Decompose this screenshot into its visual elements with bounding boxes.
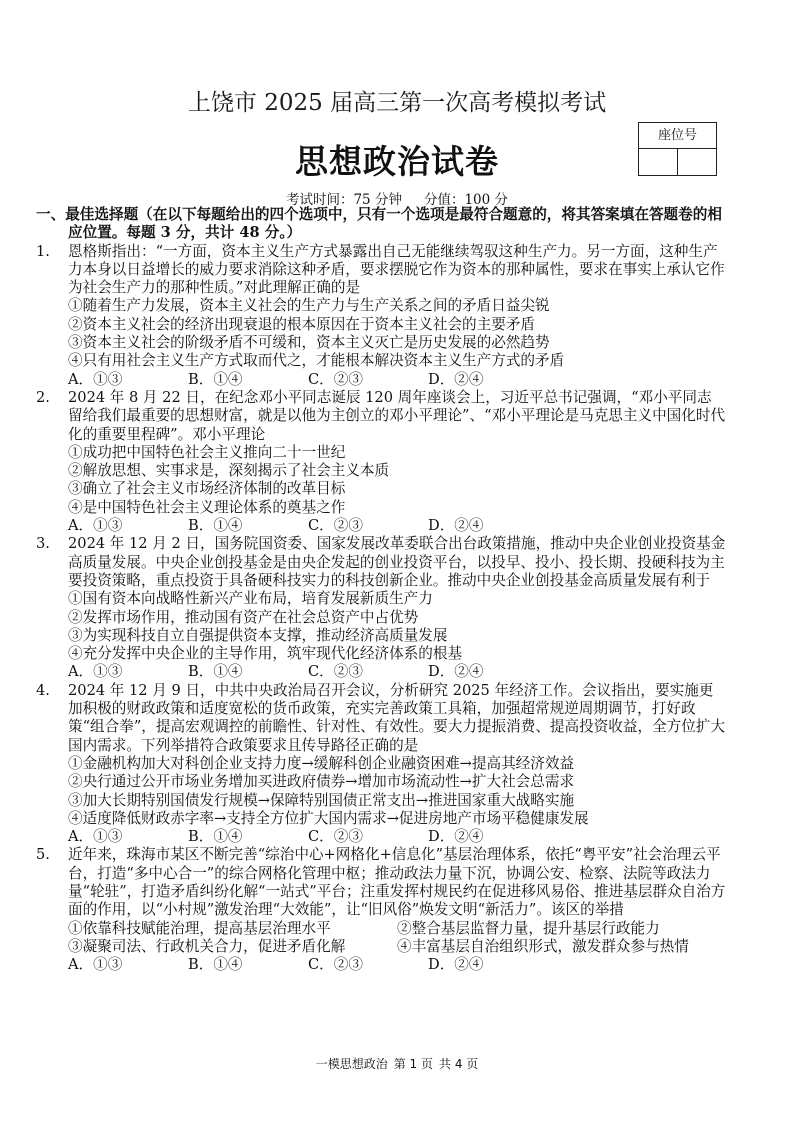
statement-2: ②整合基层监督力量，提升基层行政能力 [397,920,726,938]
answer-choices: A．①③ B．①④ C．②③ D．②④ [36,828,726,846]
statement-3: ③凝聚司法、行政机关合力，促进矛盾化解 [68,938,397,956]
statement-1: ①金融机构加大对科创企业支持力度→缓解科创企业融资困难→提高其经济效益 [36,755,726,773]
choice-a: A．①③ [68,956,188,974]
answer-choices: A．①③ B．①④ C．②③ D．②④ [36,517,726,535]
statement-3: ③加大长期特别国债发行规模→保障特别国债正常支出→推进国家重大战略实施 [36,792,726,810]
statement-3: ③为实现科技自立自强提供资本支撑，推动经济高质量发展 [36,627,726,645]
statement-2: ②资本主义社会的经济出现衰退的根本原因在于资本主义社会的主要矛盾 [36,316,726,334]
question-stem: 2024 年 12 月 2 日，国务院国资委、国家发展改革委联合出台政策措施，推… [68,535,725,589]
question-1: 1.恩格斯指出：“一方面，资本主义生产方式暴露出自己无能继续驾驭这种生产力。另一… [36,243,726,389]
choice-c: C．②③ [308,371,428,389]
page-number: 第 1 页 [394,1057,433,1071]
choice-c: C．②③ [308,956,428,974]
choice-a: A．①③ [68,517,188,535]
statement-2: ②发挥市场作用，推动国有资产在社会总资产中占优势 [36,609,726,627]
section-heading: 一、最佳选择题（在以下每题给出的四个选项中，只有一个选项是最符合题意的，将其答案… [36,206,726,243]
choice-b: B．①④ [188,828,308,846]
exam-title: 上饶市 2025 届高三第一次高考模拟考试 [0,84,794,117]
question-4: 4.2024 年 12 月 9 日，中共中央政治局召开会议，分析研究 2025 … [36,682,726,847]
choice-d: D．②④ [428,371,548,389]
statement-4: ④适度降低财政赤字率→支持全方位扩大国内需求→促进房地产市场平稳健康发展 [36,810,726,828]
statement-3: ③资本主义社会的阶级矛盾不可缓和，资本主义灭亡是历史发展的必然趋势 [36,334,726,352]
seat-cell-1 [639,149,677,175]
exam-page: 上饶市 2025 届高三第一次高考模拟考试 思想政治试卷 座位号 考试时间：75… [0,0,794,1123]
exam-info: 考试时间：75 分钟分值：100 分 [0,188,794,208]
statement-4: ④只有用社会主义生产方式取而代之，才能根本解决资本主义生产方式的矛盾 [36,352,726,370]
statement-1: ①依靠科技赋能治理，提高基层治理水平 [68,920,397,938]
statement-2: ②解放思想、实事求是，深刻揭示了社会主义本质 [36,462,726,480]
question-stem: 2024 年 8 月 22 日，在纪念邓小平同志诞辰 120 周年座谈会上，习近… [68,389,725,443]
answer-choices: A．①③ B．①④ C．②③ D．②④ [36,663,726,681]
question-5: 5.近年来，珠海市某区不断完善“综治中心+网格化+信息化”基层治理体系，依托“粤… [36,846,726,974]
question-number: 1. [36,243,68,261]
choice-b: B．①④ [188,517,308,535]
statement-4: ④丰富基层自治组织形式，激发群众参与热情 [397,938,726,956]
statement-4: ④充分发挥中央企业的主导作用，筑牢现代化经济体系的根基 [36,645,726,663]
exam-content: 一、最佳选择题（在以下每题给出的四个选项中，只有一个选项是最符合题意的，将其答案… [36,206,726,974]
question-3: 3.2024 年 12 月 2 日，国务院国资委、国家发展改革委联合出台政策措施… [36,535,726,681]
statement-2: ②央行通过公开市场业务增加买进政府债券→增加市场流动性→扩大社会总需求 [36,773,726,791]
question-stem: 近年来，珠海市某区不断完善“综治中心+网格化+信息化”基层治理体系，依托“粤平安… [68,846,725,918]
statement-1: ①成功把中国特色社会主义推向二十一世纪 [36,444,726,462]
question-number: 4. [36,682,68,700]
choice-d: D．②④ [428,956,548,974]
choice-b: B．①④ [188,371,308,389]
footer-label: 一模思想政治 [316,1057,388,1071]
seat-cell-2 [677,149,716,175]
choice-d: D．②④ [428,828,548,846]
question-number: 3. [36,535,68,553]
choice-a: A．①③ [68,663,188,681]
choice-b: B．①④ [188,956,308,974]
statement-1: ①国有资本向战略性新兴产业布局，培育发展新质生产力 [36,590,726,608]
question-number: 5. [36,846,68,864]
choice-d: D．②④ [428,517,548,535]
question-stem: 恩格斯指出：“一方面，资本主义生产方式暴露出自己无能继续驾驭这种生产力。另一方面… [68,243,725,297]
answer-choices: A．①③ B．①④ C．②③ D．②④ [36,956,726,974]
choice-c: C．②③ [308,828,428,846]
statement-3: ③确立了社会主义市场经济体制的改革目标 [36,480,726,498]
question-2: 2.2024 年 8 月 22 日，在纪念邓小平同志诞辰 120 周年座谈会上，… [36,389,726,535]
choice-a: A．①③ [68,828,188,846]
statement-1: ①随着生产力发展，资本主义社会的生产力与生产关系之间的矛盾日益尖锐 [36,297,726,315]
seat-number-label: 座位号 [639,123,716,149]
answer-choices: A．①③ B．①④ C．②③ D．②④ [36,371,726,389]
choice-c: C．②③ [308,663,428,681]
seat-number-box: 座位号 [638,122,717,176]
choice-d: D．②④ [428,663,548,681]
page-footer: 一模思想政治第 1 页共 4 页 [0,1055,794,1072]
choice-a: A．①③ [68,371,188,389]
choice-b: B．①④ [188,663,308,681]
page-total: 共 4 页 [439,1057,478,1071]
statement-4: ④是中国特色社会主义理论体系的奠基之作 [36,499,726,517]
question-stem: 2024 年 12 月 9 日，中共中央政治局召开会议，分析研究 2025 年经… [68,682,725,754]
choice-c: C．②③ [308,517,428,535]
question-number: 2. [36,389,68,407]
